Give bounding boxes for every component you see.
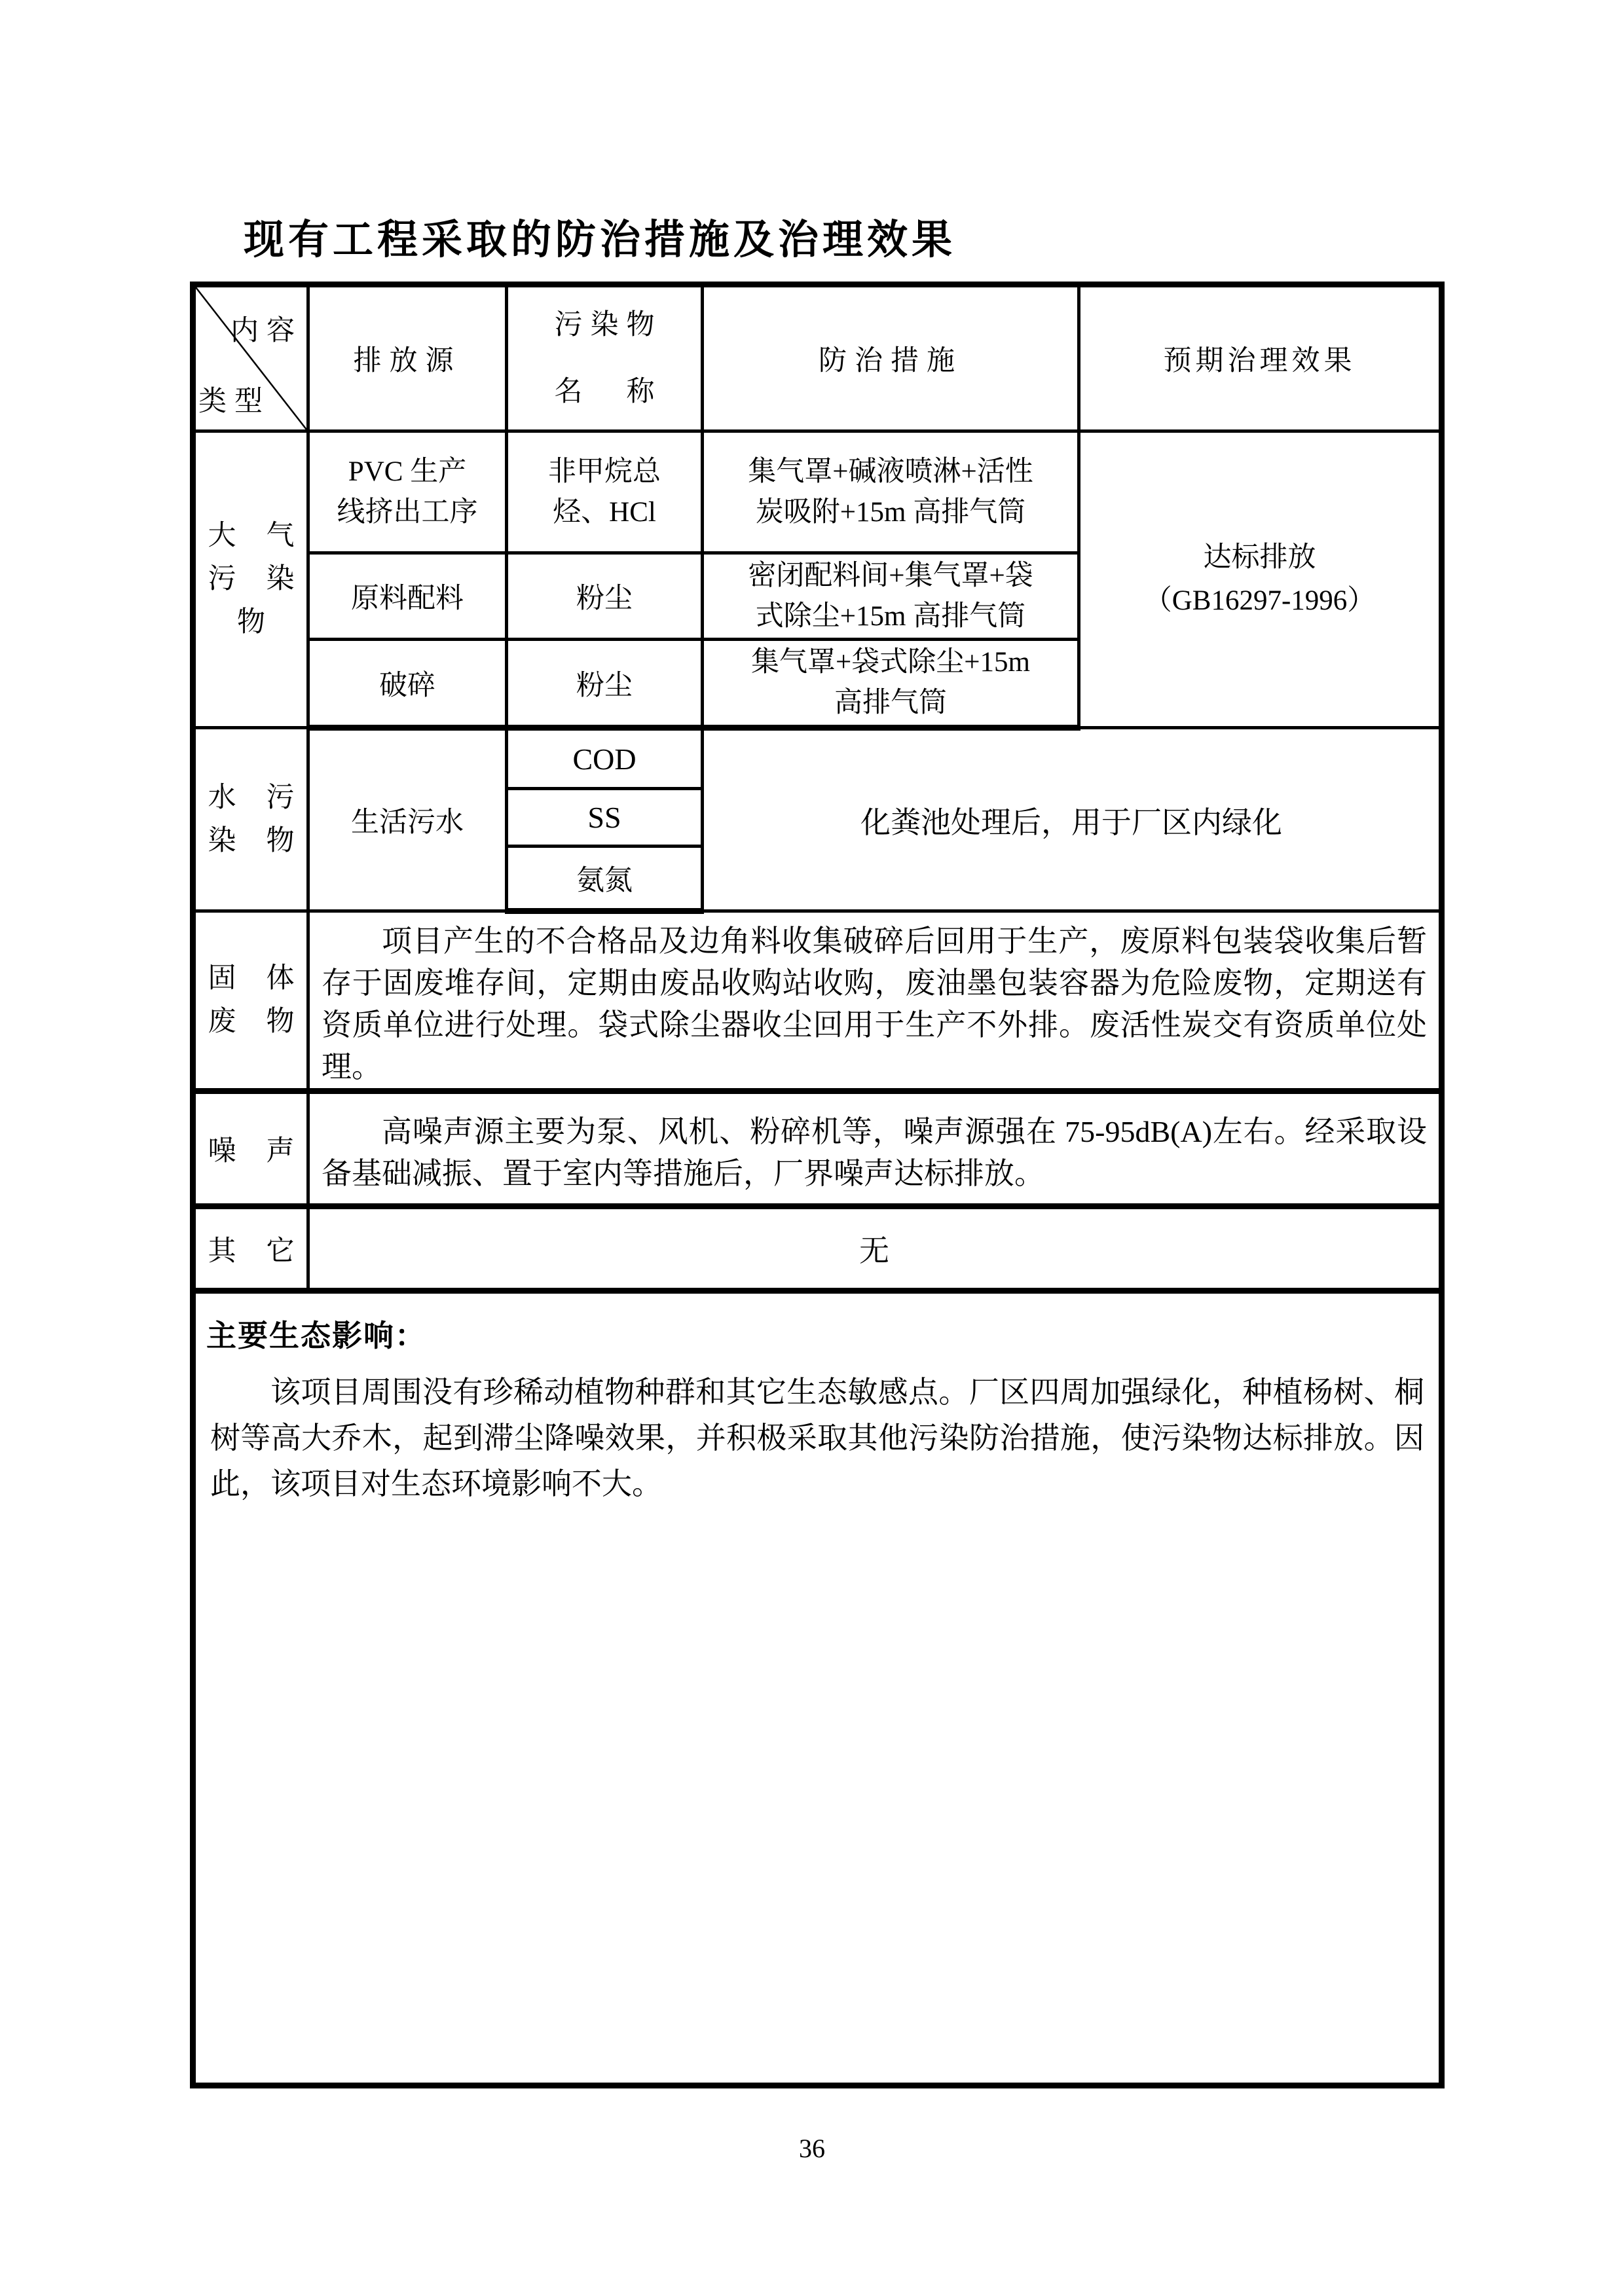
air-category-line1: 大气 xyxy=(208,515,295,558)
noise-text-cell: 高噪声源主要为泵、风机、粉碎机等，噪声源强在 75-95dB(A)左右。经采取设… xyxy=(308,1091,1442,1207)
pollutant-ss-cell: SS xyxy=(507,789,703,847)
noise-text: 高噪声源主要为泵、风机、粉碎机等，噪声源强在 75-95dB(A)左右。经采取设… xyxy=(310,1094,1439,1195)
air-pvc-source-line2: 线挤出工序 xyxy=(310,492,505,533)
page-number: 36 xyxy=(0,2133,1624,2164)
air-pvc-pollutant-line2: 烃、HCl xyxy=(508,492,701,533)
header-expected-effect-label: 预期治理效果 xyxy=(1164,346,1356,376)
air-batching-measure-line1: 密闭配料间+集气罩+袋 xyxy=(704,556,1077,596)
other-row: 其它 无 xyxy=(193,1207,1442,1291)
solid-category-line1: 固体 xyxy=(208,957,295,1000)
water-row-cod: 水污 染物 生活污水 COD 化粪池处理后，用于厂区内绿化 xyxy=(193,728,1442,789)
header-pollutant-name-cell: 污染物 名 称 xyxy=(507,285,703,431)
solid-text: 项目产生的不合格品及边角料收集破碎后回用于生产，废原料包装袋收集后暂存于固废堆存… xyxy=(310,914,1439,1088)
header-measures-cell: 防治措施 xyxy=(703,285,1079,431)
header-source-label: 排放源 xyxy=(354,346,462,376)
ecology-row: 主要生态影响： 该项目周围没有珍稀动植物种群和其它生态敏感点。厂区四周加强绿化，… xyxy=(193,1291,1442,2086)
ecology-cell: 主要生态影响： 该项目周围没有珍稀动植物种群和其它生态敏感点。厂区四周加强绿化，… xyxy=(193,1291,1442,2086)
document-page: { "page": { "title": "现有工程采取的防治措施及治理效果",… xyxy=(0,0,1624,2296)
water-source-cell: 生活污水 xyxy=(308,728,507,911)
header-row: 内容 类型 排放源 污染物 名 称 防治措施 预期治理效果 xyxy=(193,285,1442,431)
air-pvc-pollutant-cell: 非甲烷总 烃、HCl xyxy=(507,431,703,553)
air-batching-pollutant-cell: 粉尘 xyxy=(507,553,703,640)
header-corner-cell: 内容 类型 xyxy=(193,285,308,431)
air-crushing-source-cell: 破碎 xyxy=(308,640,507,728)
air-effect-line2: （GB16297-1996） xyxy=(1080,579,1439,623)
solid-waste-row: 固体 废物 项目产生的不合格品及边角料收集破碎后回用于生产，废原料包装袋收集后暂… xyxy=(193,911,1442,1091)
solid-category-line2: 废物 xyxy=(208,1000,295,1044)
water-category-line2: 染物 xyxy=(208,820,295,863)
pollutant-cod-cell: COD xyxy=(507,728,703,789)
other-category-cell: 其它 xyxy=(193,1207,308,1291)
air-effect-cell: 达标排放 （GB16297-1996） xyxy=(1079,431,1442,728)
noise-category-label: 噪声 xyxy=(208,1129,295,1169)
air-pvc-pollutant-line1: 非甲烷总 xyxy=(508,452,701,492)
air-category-line2: 污染 xyxy=(208,558,295,601)
water-treatment-cell: 化粪池处理后，用于厂区内绿化 xyxy=(703,728,1442,911)
air-crushing-pollutant-cell: 粉尘 xyxy=(507,640,703,728)
solid-category-cell: 固体 废物 xyxy=(193,911,308,1091)
header-measures-label: 防治措施 xyxy=(819,346,963,376)
air-pvc-measure-line2: 炭吸附+15m 高排气筒 xyxy=(704,492,1077,533)
air-crushing-measure-line1: 集气罩+袋式除尘+15m xyxy=(704,642,1077,683)
noise-category-cell: 噪声 xyxy=(193,1091,308,1207)
air-batching-source-cell: 原料配料 xyxy=(308,553,507,640)
air-crushing-measure-line2: 高排气筒 xyxy=(704,683,1077,723)
air-batching-measure-cell: 密闭配料间+集气罩+袋 式除尘+15m 高排气筒 xyxy=(703,553,1079,640)
water-category-line1: 水污 xyxy=(208,776,295,820)
header-source-cell: 排放源 xyxy=(308,285,507,431)
corner-label-content: 内容 xyxy=(231,308,303,348)
air-crushing-measure-cell: 集气罩+袋式除尘+15m 高排气筒 xyxy=(703,640,1079,728)
air-category-line3: 物 xyxy=(196,601,306,644)
air-batching-measure-line2: 式除尘+15m 高排气筒 xyxy=(704,596,1077,637)
header-expected-effect-cell: 预期治理效果 xyxy=(1079,285,1442,431)
other-category-label: 其它 xyxy=(208,1229,295,1269)
water-category-cell: 水污 染物 xyxy=(193,728,308,911)
header-pollutant-line2: 名 称 xyxy=(508,377,701,407)
air-effect-line1: 达标排放 xyxy=(1080,536,1439,579)
air-pvc-source-line1: PVC 生产 xyxy=(310,452,505,492)
page-title: 现有工程采取的防治措施及治理效果 xyxy=(244,207,956,265)
noise-row: 噪声 高噪声源主要为泵、风机、粉碎机等，噪声源强在 75-95dB(A)左右。经… xyxy=(193,1091,1442,1207)
ecology-paragraph: 该项目周围没有珍稀动植物种群和其它生态敏感点。厂区四周加强绿化，种植杨树、桐树等… xyxy=(196,1355,1439,1507)
air-pvc-measure-line1: 集气罩+碱液喷淋+活性 xyxy=(704,452,1077,492)
air-pvc-source-cell: PVC 生产 线挤出工序 xyxy=(308,431,507,553)
air-category-cell: 大气 污染 物 xyxy=(193,431,308,728)
header-pollutant-line1: 污染物 xyxy=(508,310,701,340)
other-text-cell: 无 xyxy=(308,1207,1442,1291)
pollutant-nh3-cell: 氨氮 xyxy=(507,847,703,911)
air-pvc-measure-cell: 集气罩+碱液喷淋+活性 炭吸附+15m 高排气筒 xyxy=(703,431,1079,553)
measures-table: 内容 类型 排放源 污染物 名 称 防治措施 预期治理效果 大气 污染 物 xyxy=(190,282,1445,2088)
ecology-heading: 主要生态影响： xyxy=(196,1294,1439,1355)
solid-text-cell: 项目产生的不合格品及边角料收集破碎后回用于生产，废原料包装袋收集后暂存于固废堆存… xyxy=(308,911,1442,1091)
corner-label-type: 类型 xyxy=(198,379,270,419)
air-row-pvc: 大气 污染 物 PVC 生产 线挤出工序 非甲烷总 烃、HCl 集气罩+碱液喷淋… xyxy=(193,431,1442,553)
